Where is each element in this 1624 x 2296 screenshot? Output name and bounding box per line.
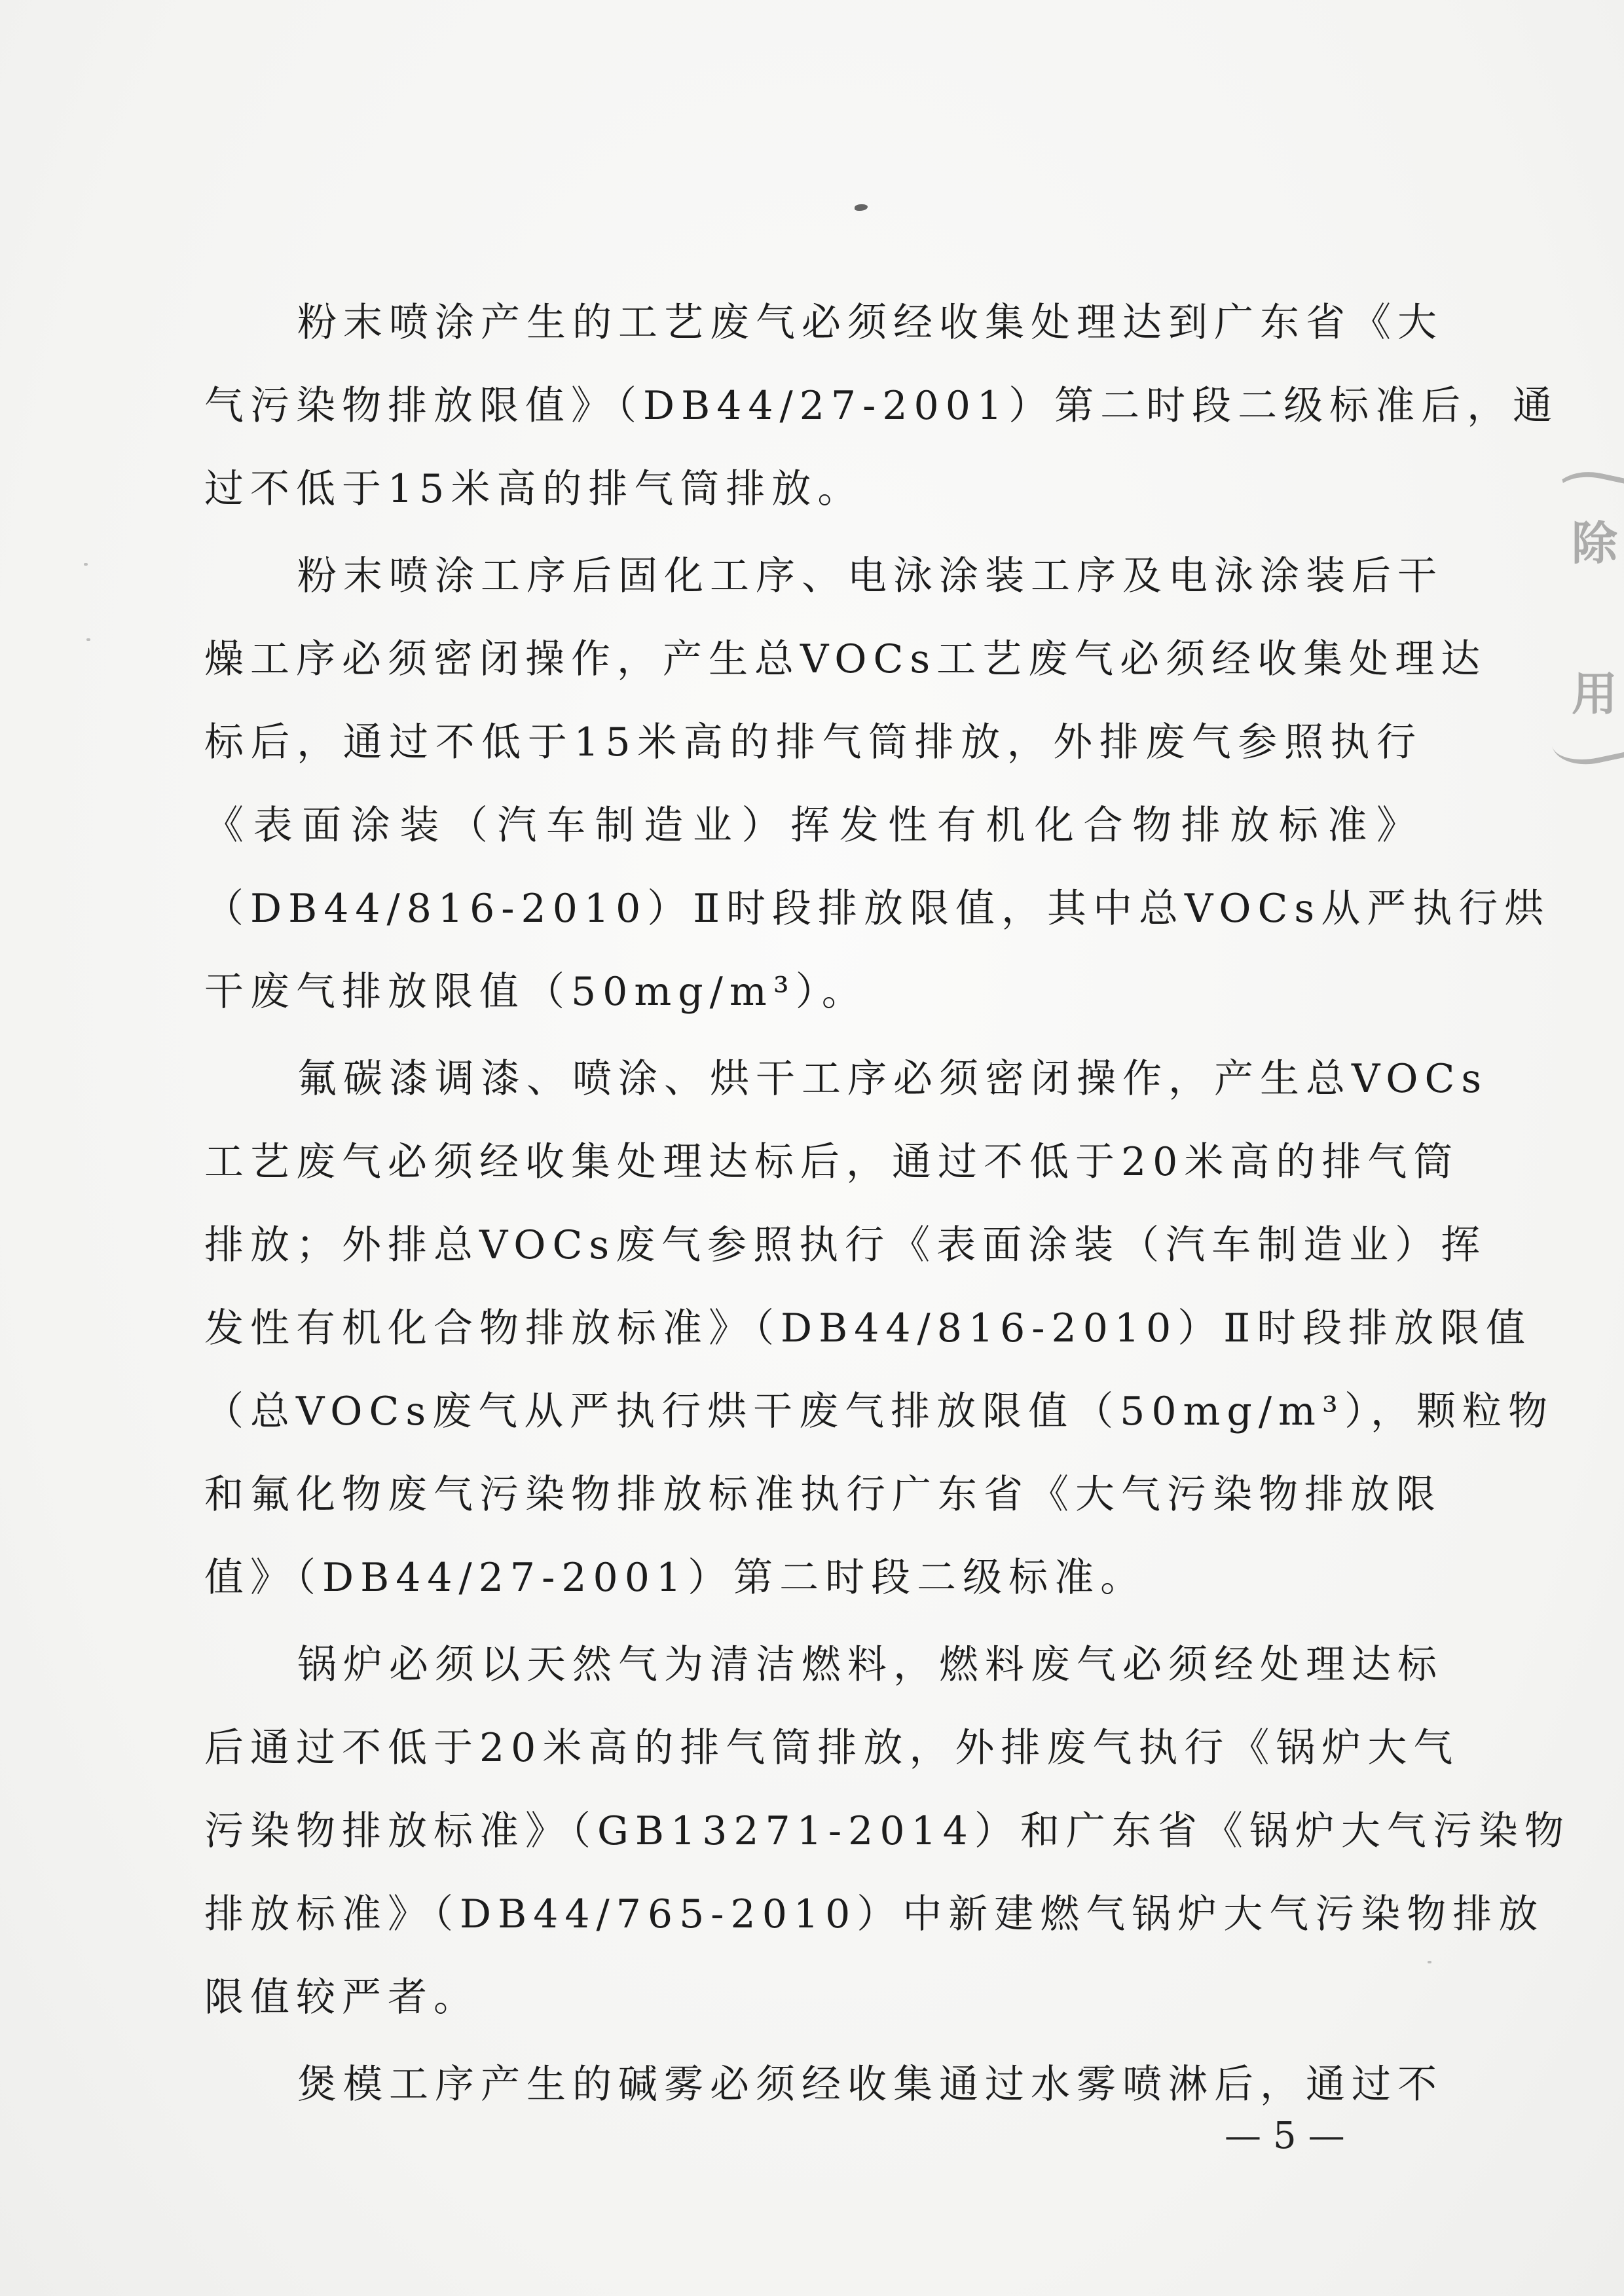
page-number: —5—: [1225, 2115, 1357, 2157]
text-line: 污染物排放标准》（GB13271-2014）和广东省《锅炉大气污染物: [204, 1790, 1422, 1873]
scan-speck: [1428, 1961, 1431, 1963]
document-body: 粉末喷涂产生的工艺废气必须经收集处理达到广东省《大 气污染物排放限值》（DB44…: [204, 282, 1422, 2126]
text-line: 标后，通过不低于15米高的排气筒排放，外排废气参照执行: [204, 701, 1422, 784]
scanned-page: 除 用 粉末喷涂产生的工艺废气必须经收集处理达到广东省《大 气污染物排放限值》（…: [0, 0, 1624, 2296]
text-line: 锅炉必须以天然气为清洁燃料，燃料废气必须经处理达标: [204, 1624, 1422, 1707]
scan-speck: [84, 563, 88, 566]
seal-stamp-fragment: 除 用: [1552, 458, 1624, 773]
stamp-arc-bottom: [1548, 713, 1624, 771]
text-line: 《表面涂装（汽车制造业）挥发性有机化合物排放标准》: [204, 784, 1422, 867]
text-line: （DB44/816-2010）Ⅱ时段排放限值，其中总VOCs从严执行烘: [204, 867, 1422, 951]
text-line: 排放；外排总VOCs废气参照执行《表面涂装（汽车制造业）挥: [204, 1204, 1422, 1287]
text-line: 排放标准》（DB44/765-2010）中新建燃气锅炉大气污染物排放: [204, 1873, 1422, 1956]
text-line: 过不低于15米高的排气筒排放。: [204, 448, 1422, 531]
text-line: （总VOCs废气从严执行烘干废气排放限值（50mg/m³），颗粒物: [204, 1370, 1422, 1453]
stamp-char: 除: [1572, 498, 1617, 589]
text-line: 限值较严者。: [204, 1956, 1422, 2039]
scan-artifact-mark: [855, 204, 868, 211]
text-line: 氟碳漆调漆、喷涂、烘干工序必须密闭操作，产生总VOCs: [204, 1038, 1422, 1121]
text-line: 粉末喷涂工序后固化工序、电泳涂装工序及电泳涂装后干: [204, 535, 1422, 618]
text-line: 值》（DB44/27-2001）第二时段二级标准。: [204, 1537, 1422, 1620]
text-line: 发性有机化合物排放标准》（DB44/816-2010）Ⅱ时段排放限值: [204, 1287, 1422, 1370]
text-line: 后通过不低于20米高的排气筒排放，外排废气执行《锅炉大气: [204, 1707, 1422, 1790]
scan-speck: [86, 638, 90, 641]
text-line: 工艺废气必须经收集处理达标后，通过不低于20米高的排气筒: [204, 1121, 1422, 1204]
text-line: 燥工序必须密闭操作，产生总VOCs工艺废气必须经收集处理达: [204, 618, 1422, 701]
text-line: 气污染物排放限值》（DB44/27-2001）第二时段二级标准后，通: [204, 365, 1422, 448]
text-line: 粉末喷涂产生的工艺废气必须经收集处理达到广东省《大: [204, 282, 1422, 365]
text-line: 干废气排放限值（50mg/m³）。: [204, 951, 1422, 1034]
text-line: 煲模工序产生的碱雾必须经收集通过水雾喷淋后，通过不: [204, 2043, 1422, 2126]
text-line: 和氟化物废气污染物排放标准执行广东省《大气污染物排放限: [204, 1453, 1422, 1537]
